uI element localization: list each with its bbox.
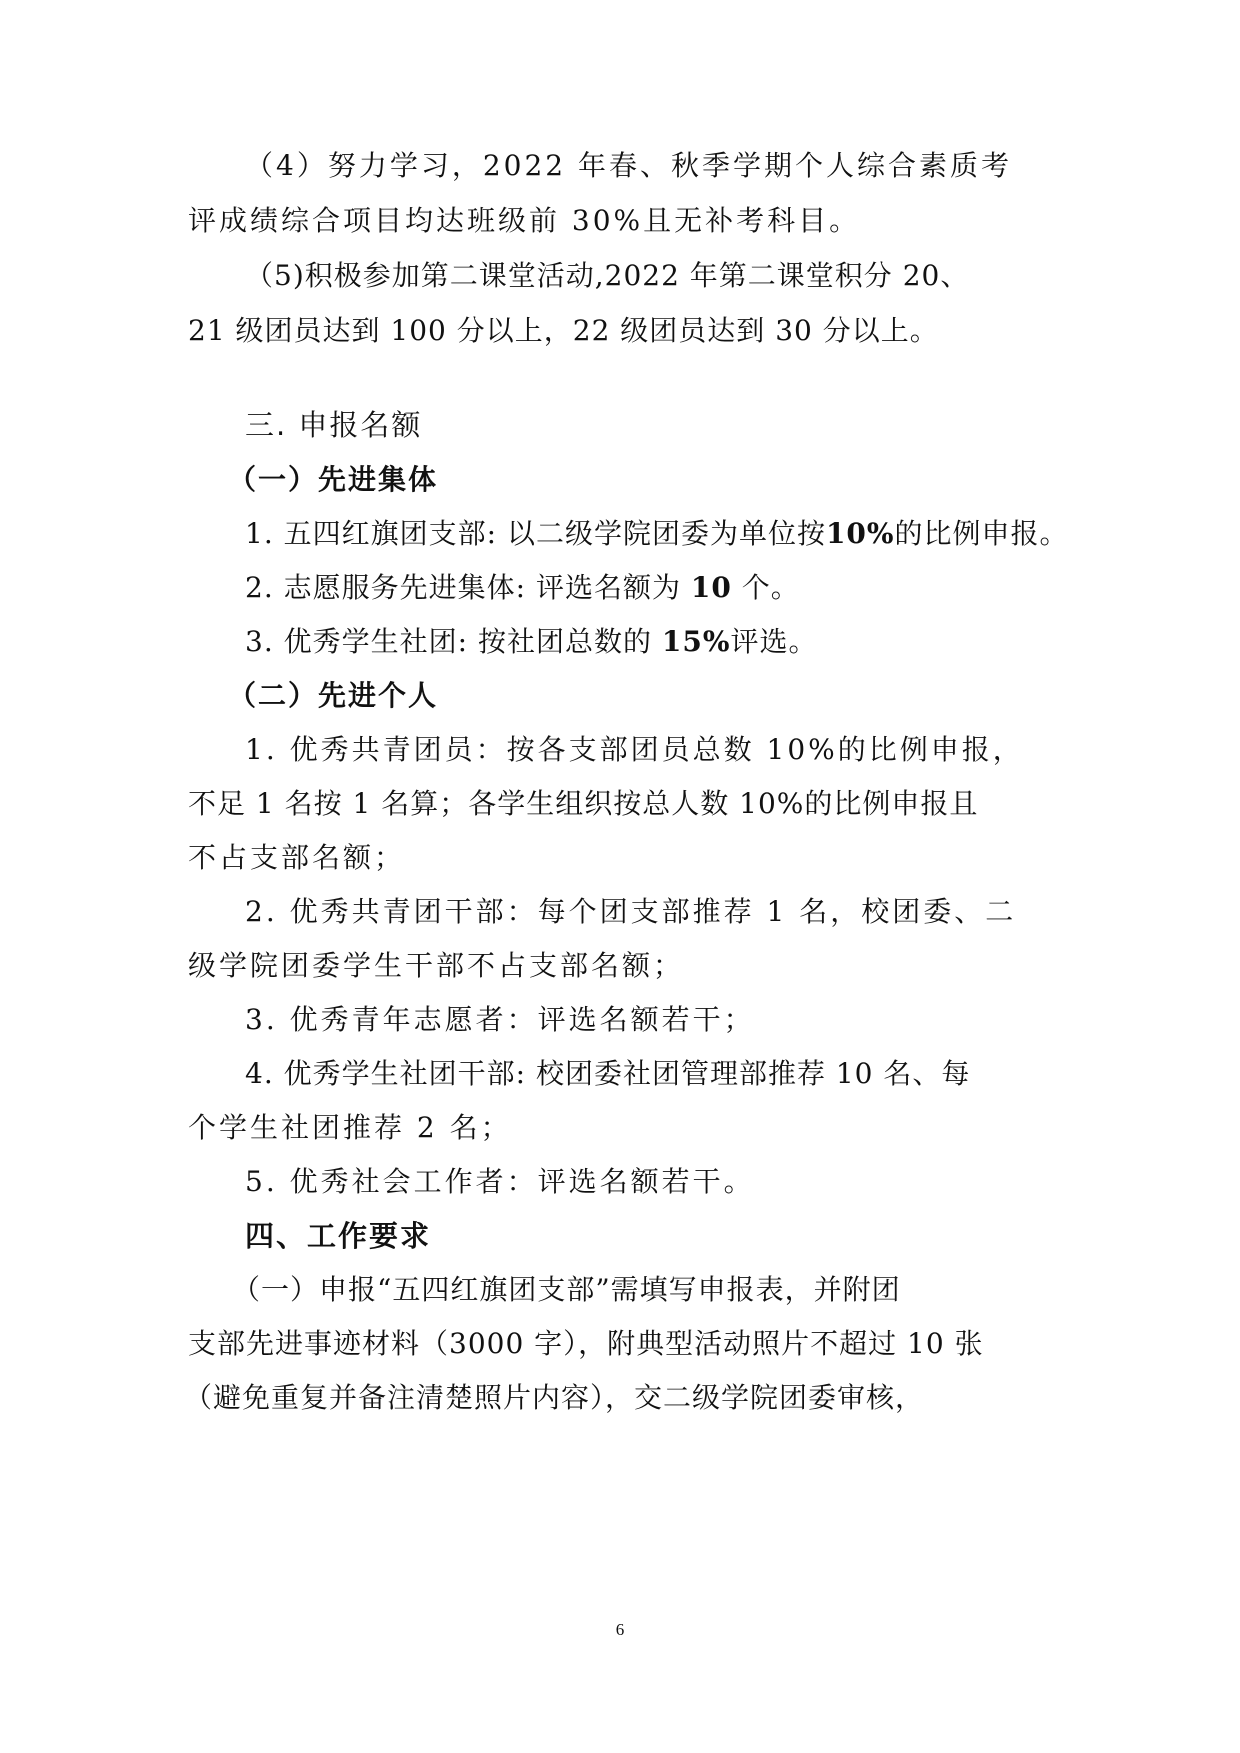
individual-item-1-line-2: 不足 1 名按 1 名算；各学生组织按总人数 10%的比例申报且 bbox=[188, 786, 1060, 822]
collective-item-3-prefix: 3. 优秀学生社团: 按社团总数的 bbox=[245, 625, 662, 658]
individual-item-2-line-2: 级学院团委学生干部不占支部名额； bbox=[188, 948, 1060, 984]
collective-item-2-emphasis: 10 bbox=[691, 571, 732, 604]
section-three-title: 三. 申报名额 bbox=[245, 407, 1117, 443]
collective-item-1-emphasis: 10% bbox=[826, 517, 895, 550]
document-page: （4）努力学习，2022 年春、秋季学期个人综合素质考 评成绩综合项目均达班级前… bbox=[0, 0, 1240, 1753]
individual-item-1-line-3: 不占支部名额； bbox=[188, 840, 1060, 876]
individual-item-1-line-1: 1. 优秀共青团员：按各支部团员总数 10%的比例申报， bbox=[245, 732, 1117, 768]
collective-item-3: 3. 优秀学生社团: 按社团总数的 15%评选。 bbox=[245, 624, 1117, 660]
collective-item-1-suffix: 的比例申报。 bbox=[895, 517, 1069, 550]
collective-item-1: 1. 五四红旗团支部: 以二级学院团委为单位按10%的比例申报。 bbox=[245, 516, 1117, 552]
collective-item-3-suffix: 评选。 bbox=[730, 625, 817, 658]
individual-item-4-line-1: 4. 优秀学生社团干部: 校团委社团管理部推荐 10 名、每 bbox=[245, 1056, 1117, 1092]
page-number: 6 bbox=[0, 1620, 1240, 1640]
collective-subtitle: （一）先进集体 bbox=[228, 462, 1100, 498]
individual-item-4-line-2: 个学生社团推荐 2 名； bbox=[188, 1110, 1060, 1146]
collective-item-2-prefix: 2. 志愿服务先进集体: 评选名额为 bbox=[245, 571, 691, 604]
individual-subtitle: （二）先进个人 bbox=[228, 678, 1100, 714]
requirement-1-line-2: 支部先进事迹材料（3000 字），附典型活动照片不超过 10 张 bbox=[188, 1326, 1060, 1362]
individual-item-3: 3. 优秀青年志愿者：评选名额若干； bbox=[245, 1002, 1117, 1038]
collective-item-1-prefix: 1. 五四红旗团支部: 以二级学院团委为单位按 bbox=[245, 517, 826, 550]
section-four-title: 四、工作要求 bbox=[245, 1218, 1117, 1254]
requirement-1-line-3: （避免重复并备注清楚照片内容），交二级学院团委审核， bbox=[184, 1380, 1056, 1416]
criterion-4-line-1: （4）努力学习，2022 年春、秋季学期个人综合素质考 bbox=[245, 148, 1117, 184]
individual-item-5: 5. 优秀社会工作者：评选名额若干。 bbox=[245, 1164, 1117, 1200]
individual-item-2-line-1: 2. 优秀共青团干部：每个团支部推荐 1 名，校团委、二 bbox=[245, 894, 1117, 930]
requirement-1-line-1: （一）申报“五四红旗团支部”需填写申报表，并附团 bbox=[232, 1272, 1104, 1308]
collective-item-2-suffix: 个。 bbox=[732, 571, 800, 604]
criterion-4-line-2: 评成绩综合项目均达班级前 30%且无补考科目。 bbox=[188, 203, 1060, 239]
criterion-5-line-1: （5)积极参加第二课堂活动,2022 年第二课堂积分 20、 bbox=[245, 258, 1117, 294]
criterion-5-line-2: 21 级团员达到 100 分以上，22 级团员达到 30 分以上。 bbox=[188, 313, 1060, 349]
collective-item-3-emphasis: 15% bbox=[662, 625, 731, 658]
collective-item-2: 2. 志愿服务先进集体: 评选名额为 10 个。 bbox=[245, 570, 1117, 606]
